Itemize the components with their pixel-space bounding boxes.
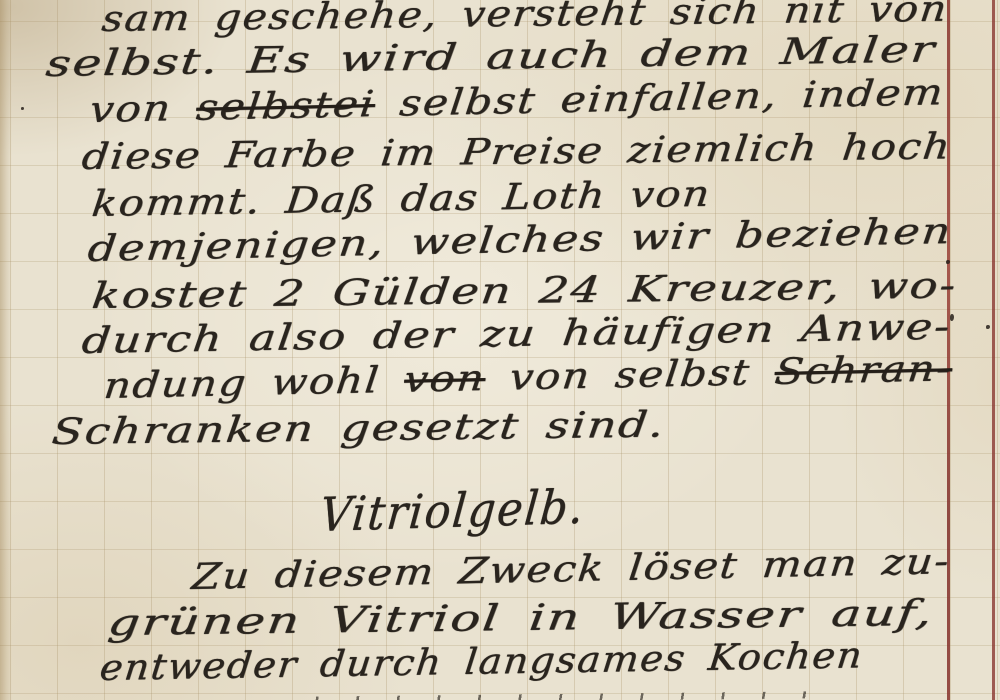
line-text: von selbst — [483, 352, 777, 399]
line-text: Vitriolgelb. — [318, 480, 588, 543]
line-text: von — [88, 88, 199, 131]
manuscript: sam geschehe, versteht sich nit vonselbs… — [0, 0, 1000, 700]
line-text: diese Farbe im Preise ziemlich hoch — [80, 126, 954, 178]
manuscript-line: kommt. Daß das Loth von — [90, 178, 631, 223]
struck-word: Schran- — [773, 348, 955, 393]
struck-word: selbstei — [194, 84, 377, 129]
line-text: entweder durch langsames Kochen — [98, 635, 866, 689]
manuscript-line: Zu diesem Zweck löset man zu- — [190, 546, 854, 596]
line-text: Zu diesem Zweck löset man zu- — [190, 541, 952, 598]
manuscript-line: Schranken gesetzt sind. — [50, 409, 544, 451]
manuscript-line: diese Farbe im Preise ziemlich hoch — [80, 131, 836, 176]
manuscript-line: von selbstei selbst einfallen, indem — [88, 78, 821, 129]
manuscript-line: grünen Vitriol in Wasser auf, — [106, 599, 710, 642]
manuscript-line: entweder durch langsames Kochen — [98, 639, 816, 687]
struck-word: von — [402, 358, 487, 401]
manuscript-line: durch also der zu häufigen Anwe- — [80, 312, 788, 360]
line-text: ndung wohl — [102, 360, 407, 407]
line-text: Schranken gesetzt sind. — [50, 405, 668, 453]
manuscript-line: kostet 2 Gülden 24 Kreuzer, wo- — [90, 271, 769, 315]
manuscript-page: sam geschehe, versteht sich nit vonselbs… — [0, 0, 1000, 700]
manuscript-line: selbst. Es wird auch dem Maler — [44, 36, 712, 83]
section-heading: Vitriolgelb. — [318, 483, 613, 539]
manuscript-line: ndung wohl von von selbst Schran- — [102, 354, 837, 405]
manuscript-line: demjenigen, welches wir beziehen — [86, 217, 792, 268]
line-text: selbst einfallen, indem — [373, 72, 946, 125]
